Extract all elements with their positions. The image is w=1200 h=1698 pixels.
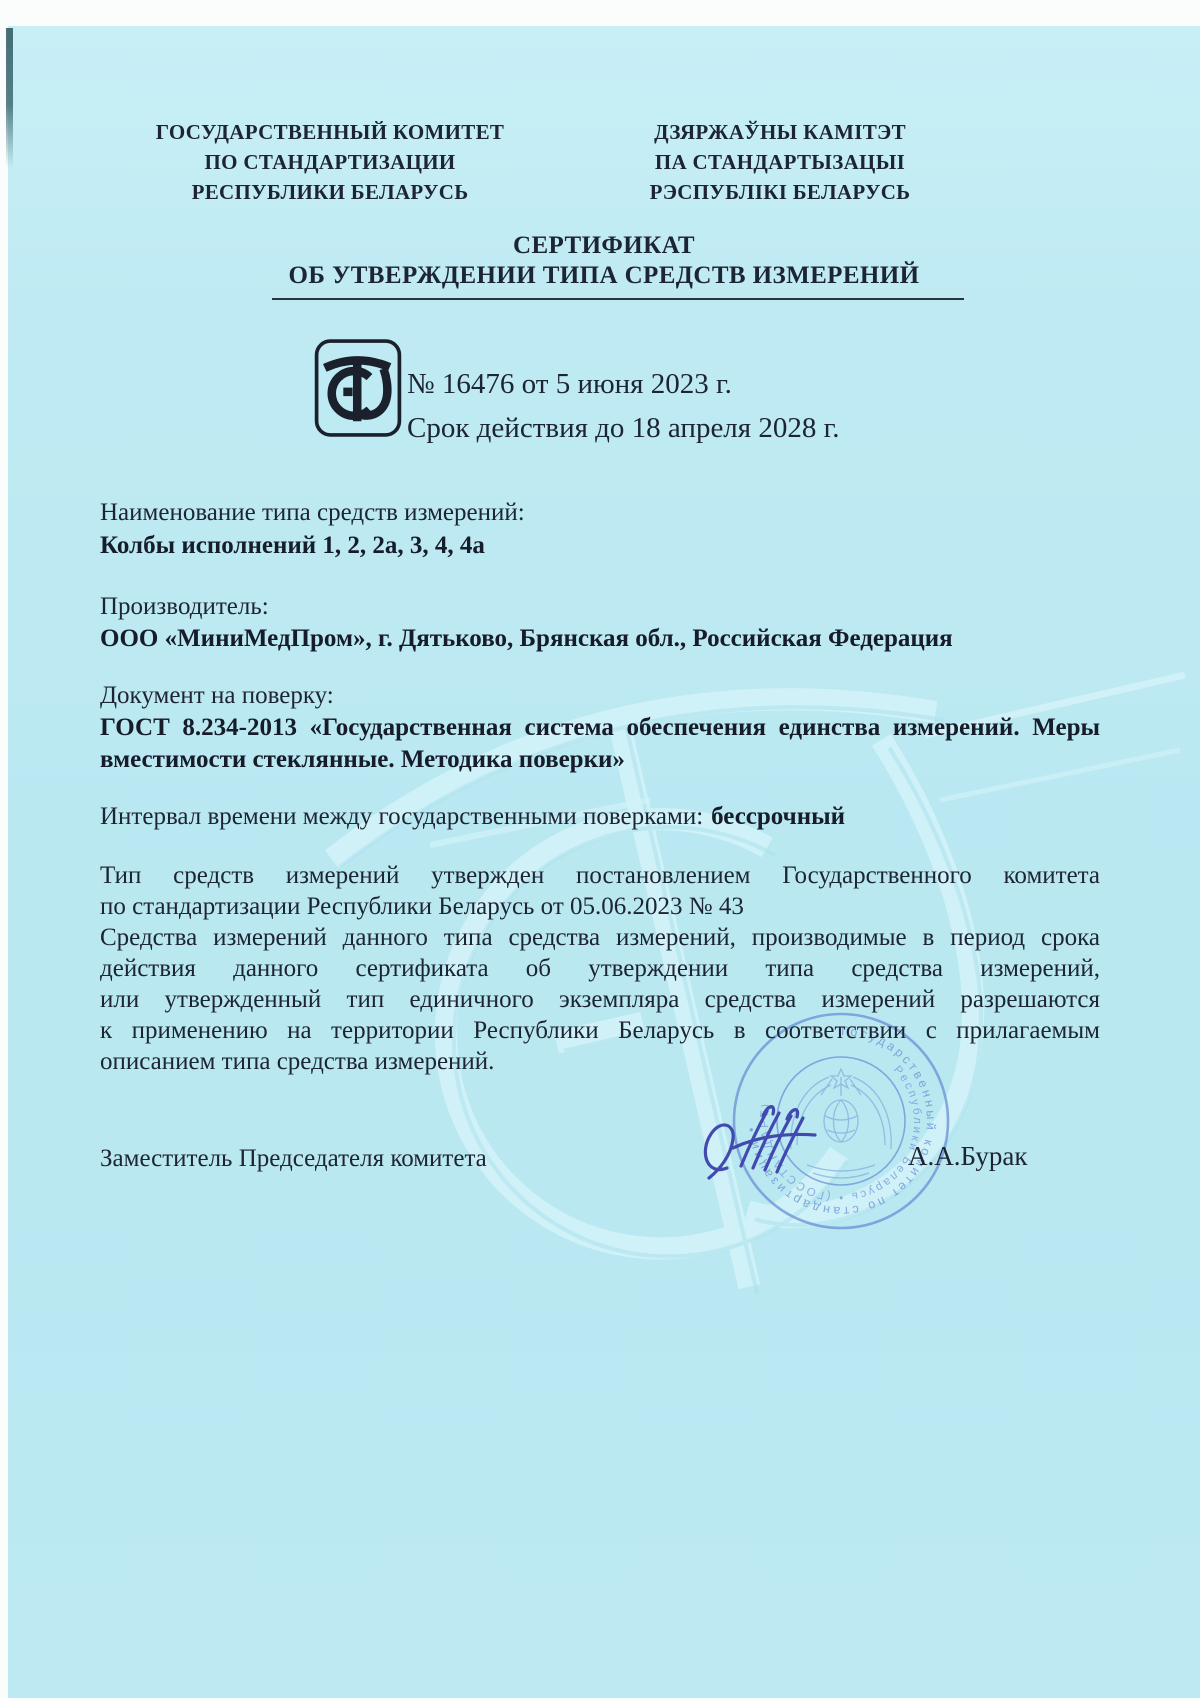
- verification-doc-line1: ГОСТ 8.234-2013 «Государственная система…: [100, 712, 1100, 743]
- letterhead-by-line3: РЭСПУБЛІКІ БЕЛАРУСЬ: [580, 177, 980, 207]
- verification-doc-line2: вместимости стеклянные. Методика поверки…: [100, 744, 1100, 775]
- approval-line: действия данного сертификата об утвержде…: [100, 953, 1100, 984]
- letterhead-belarusian: ДЗЯРЖАЎНЫ КАМІТЭТ ПА СТАНДАРТЫЗАЦЫІ РЭСП…: [580, 117, 980, 207]
- type-name-label: Наименование типа средств измерений:: [100, 497, 1100, 528]
- letterhead-russian: ГОСУДАРСТВЕННЫЙ КОМИТЕТ ПО СТАНДАРТИЗАЦИ…: [130, 117, 530, 207]
- interval-value: бессрочный: [711, 803, 845, 830]
- certificate-number-line: № 16476 от 5 июня 2023 г.: [407, 366, 732, 402]
- letterhead-ru-line2: ПО СТАНДАРТИЗАЦИИ: [130, 147, 530, 177]
- verification-doc-label: Документ на поверку:: [100, 680, 1100, 711]
- letterhead-ru-line3: РЕСПУБЛИКИ БЕЛАРУСЬ: [130, 177, 530, 207]
- letterhead-ru-line1: ГОСУДАРСТВЕННЫЙ КОМИТЕТ: [130, 117, 530, 147]
- title-line2: ОБ УТВЕРЖДЕНИИ ТИПА СРЕДСТВ ИЗМЕРЕНИЙ: [8, 261, 1200, 291]
- certificate-validity-line: Срок действия до 18 апреля 2028 г.: [407, 410, 840, 446]
- document-title: СЕРТИФИКАТ ОБ УТВЕРЖДЕНИИ ТИПА СРЕДСТВ И…: [8, 231, 1200, 291]
- manufacturer-label: Производитель:: [100, 591, 1100, 622]
- stb-certification-mark-icon: [312, 337, 404, 439]
- approval-line: описанием типа средства измерений.: [100, 1046, 1100, 1077]
- manufacturer-value: ООО «МиниМедПром», г. Дятьково, Брянская…: [100, 623, 1100, 654]
- approval-line: по стандартизации Республики Беларусь от…: [100, 891, 1100, 922]
- approval-line: Тип средств измерений утвержден постанов…: [100, 860, 1100, 891]
- title-underline: [272, 298, 964, 300]
- letterhead-by-line1: ДЗЯРЖАЎНЫ КАМІТЭТ: [580, 117, 980, 147]
- scanner-edge-artifact: [6, 28, 13, 168]
- signatory-name: А.А.Бурак: [908, 1141, 1027, 1172]
- handwritten-signature-icon: [703, 1094, 878, 1204]
- letterhead-by-line2: ПА СТАНДАРТЫЗАЦЫІ: [580, 147, 980, 177]
- interval-line: Интервал времени между государственными …: [100, 801, 1100, 832]
- certificate-page: ГОСУДАРСТВЕННЫЙ КОМИТЕТ ПО СТАНДАРТИЗАЦИ…: [8, 26, 1200, 1698]
- signatory-position: Заместитель Председателя комитета: [100, 1143, 700, 1174]
- approval-line: Средства измерений данного типа средства…: [100, 922, 1100, 953]
- approval-line: к применению на территории Республики Бе…: [100, 1015, 1100, 1046]
- title-line1: СЕРТИФИКАТ: [8, 231, 1200, 261]
- scanned-certificate: { "colors": { "paper": "#bce9f2", "ink":…: [0, 0, 1200, 1698]
- approval-line: или утвержденный тип единичного экземпля…: [100, 984, 1100, 1015]
- type-name-value: Колбы исполнений 1, 2, 2а, 3, 4, 4а: [100, 530, 1100, 561]
- interval-label: Интервал времени между государственными …: [100, 803, 703, 830]
